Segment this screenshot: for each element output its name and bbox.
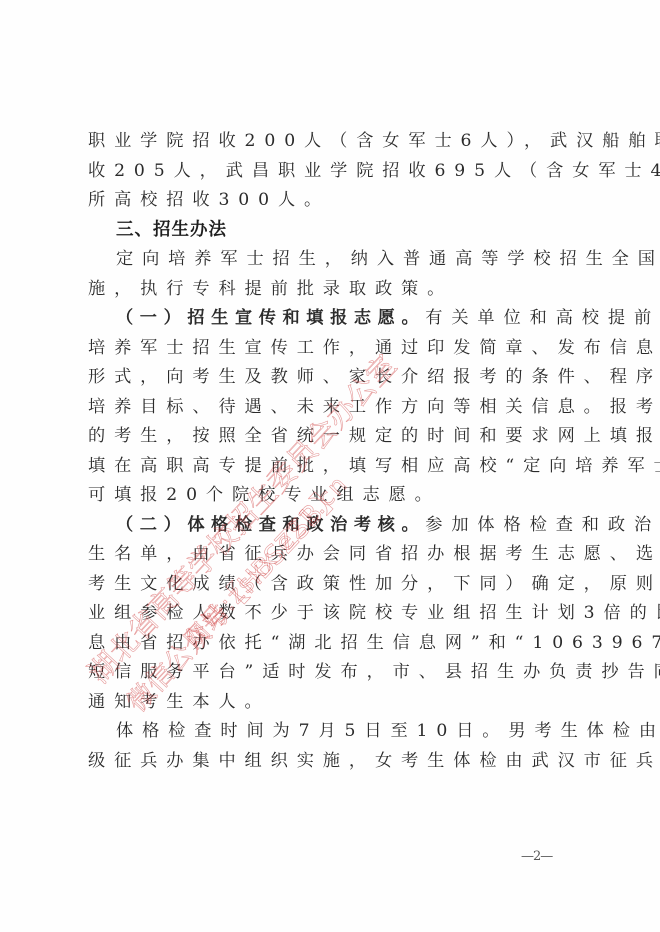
subsection-heading: （二）体格检查和政治考核。	[116, 515, 425, 535]
text-line: 短信服务平台”适时发布，市、县招生办负责抄告同级征兵办并	[88, 658, 572, 688]
text-line: 级征兵办集中组织实施，女考生体检由武汉市征兵办集中组织实	[88, 747, 572, 777]
text-line: （二）体格检查和政治考核。参加体格检查和政治考核的考	[88, 511, 572, 541]
text-line: 施，执行专科提前批录取政策。	[88, 275, 572, 305]
text-span: 参加体格检查和政治考核的考	[425, 515, 660, 535]
text-line: 形式，向考生及教师、家长介绍报考的条件、程序、专业、数量、	[88, 363, 572, 393]
text-line: （一）招生宣传和填报志愿。有关单位和高校提前做好定向	[88, 304, 572, 334]
text-line: 体格检查时间为7月5日至10日。男考生体检由生源地市	[88, 717, 572, 747]
text-line: 培养目标、待遇、未来工作方向等相关信息。报考定向培养军士	[88, 393, 572, 423]
document-page: 职业学院招收200人（含女军士6人），武汉船舶职业技术学院招 收205人，武昌职…	[0, 0, 660, 932]
text-line: 定向培养军士招生，纳入普通高等学校招生全国统一考试实	[88, 245, 572, 275]
text-line: 所高校招收300人。	[88, 186, 572, 216]
text-line: 息由省招办依托“湖北招生信息网”和“10639678湖北阳光招生	[88, 629, 572, 659]
text-line: 可填报20个院校专业组志愿。	[88, 481, 572, 511]
page-number: —2—	[521, 849, 552, 864]
text-line: 通知考生本人。	[88, 688, 572, 718]
text-span: 有关单位和高校提前做好定向	[425, 308, 660, 328]
text-line: 填在高职高专提前批，填写相应高校“定向培养军士生”专业组，	[88, 452, 572, 482]
text-line: 生名单，由省征兵办会同省招办根据考生志愿、选考科目要求、	[88, 540, 572, 570]
text-line: 考生文化成绩（含政策性加分，下同）确定，原则上每个院校专	[88, 570, 572, 600]
text-line: 职业学院招收200人（含女军士6人），武汉船舶职业技术学院招	[88, 127, 572, 157]
text-line: 收205人，武昌职业学院招收695人（含女军士42人），省外15	[88, 157, 572, 187]
text-line: 培养军士招生宣传工作，通过印发简章、发布信息、开展咨询等	[88, 334, 572, 364]
text-line: 的考生，按照全省统一规定的时间和要求网上填报志愿，志愿均	[88, 422, 572, 452]
text-line: 业组参检人数不少于该院校专业组招生计划3倍的比例。参检信	[88, 599, 572, 629]
subsection-heading: （一）招生宣传和填报志愿。	[116, 308, 425, 328]
section-heading: 三、招生办法	[88, 216, 572, 246]
document-body: 职业学院招收200人（含女军士6人），武汉船舶职业技术学院招 收205人，武昌职…	[88, 127, 572, 776]
